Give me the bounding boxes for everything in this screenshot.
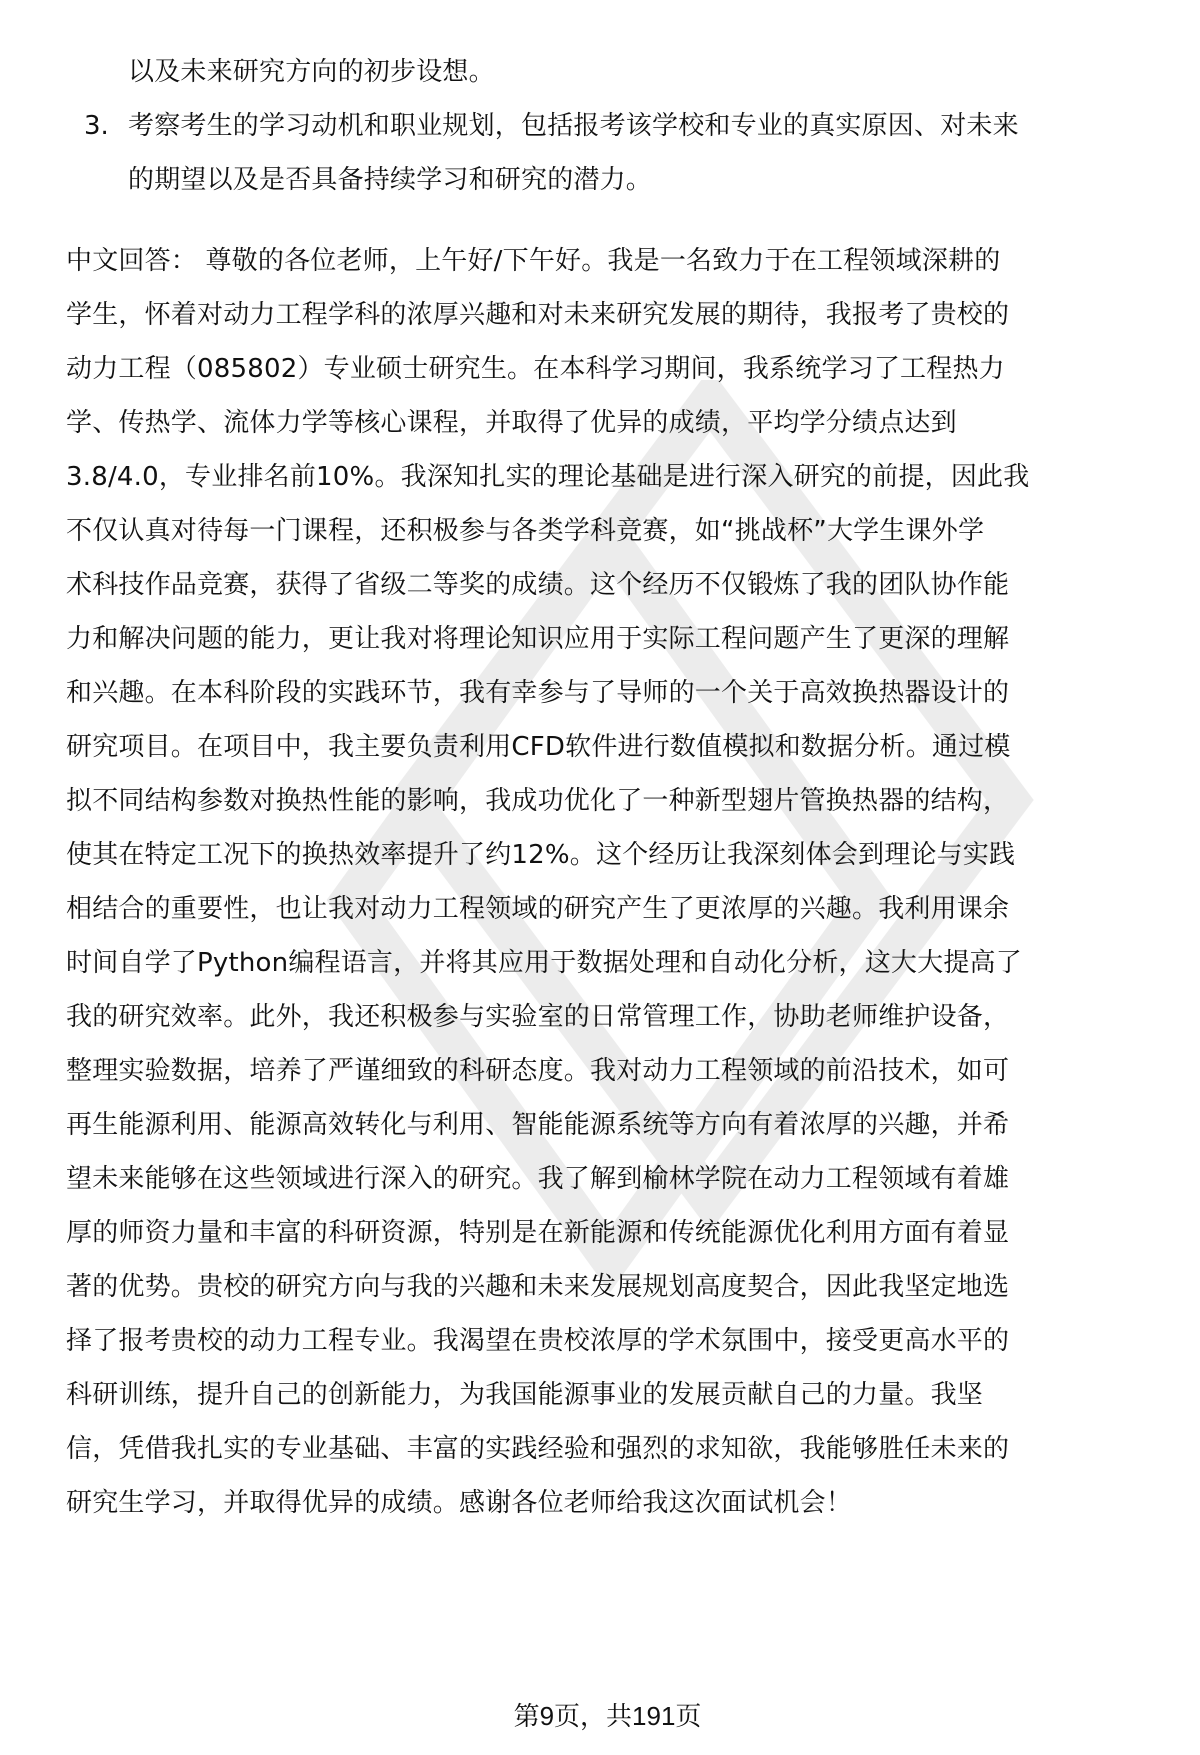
list-item-3-number: 3.: [84, 110, 109, 142]
answer-line: 学生，怀着对动力工程学科的浓厚兴趣和对未来研究发展的期待，我报考了贵校的: [66, 299, 1009, 331]
list-item-3-line: 考察考生的学习动机和职业规划，包括报考该学校和专业的真实原因、对未来: [128, 110, 1019, 142]
document-page: 以及未来研究方向的初步设想。 3. 考察考生的学习动机和职业规划，包括报考该学校…: [0, 0, 1200, 1755]
answer-line: 研究项目。在项目中，我主要负责利用CFD软件进行数值模拟和数据分析。通过模: [66, 731, 1011, 763]
answer-line: 动力工程（085802）专业硕士研究生。在本科学习期间，我系统学习了工程热力: [66, 353, 1005, 385]
answer-line: 不仅认真对待每一门课程，还积极参与各类学科竞赛，如“挑战杯”大学生课外学: [66, 515, 984, 547]
answer-line: 再生能源利用、能源高效转化与利用、智能能源系统等方向有着浓厚的兴趣，并希: [66, 1109, 1009, 1141]
answer-line: 相结合的重要性，也让我对动力工程领域的研究产生了更浓厚的兴趣。我利用课余: [66, 893, 1009, 925]
answer-line: 望未来能够在这些领域进行深入的研究。我了解到榆林学院在动力工程领域有着雄: [66, 1163, 1009, 1195]
answer-line: 信，凭借我扎实的专业基础、丰富的实践经验和强烈的求知欲，我能够胜任未来的: [66, 1433, 1009, 1465]
answer-line: 整理实验数据，培养了严谨细致的科研态度。我对动力工程领域的前沿技术，如可: [66, 1055, 1009, 1087]
answer-line: 研究生学习，并取得优异的成绩。感谢各位老师给我这次面试机会！: [66, 1487, 852, 1519]
answer-line: 和兴趣。在本科阶段的实践环节，我有幸参与了导师的一个关于高效换热器设计的: [66, 677, 1009, 709]
answer-line: 我的研究效率。此外，我还积极参与实验室的日常管理工作，协助老师维护设备，: [66, 1001, 1009, 1033]
answer-line: 择了报考贵校的动力工程专业。我渴望在贵校浓厚的学术氛围中，接受更高水平的: [66, 1325, 1009, 1357]
answer-line: 术科技作品竞赛，获得了省级二等奖的成绩。这个经历不仅锻炼了我的团队协作能: [66, 569, 1009, 601]
page-number-footer: 第9页，共191页: [0, 1700, 1200, 1732]
answer-line: 使其在特定工况下的换热效率提升了约12%。这个经历让我深刻体会到理论与实践: [66, 839, 1015, 871]
answer-line: 中文回答： 尊敬的各位老师，上午好/下午好。我是一名致力于在工程领域深耕的: [66, 245, 1000, 277]
answer-line: 著的优势。贵校的研究方向与我的兴趣和未来发展规划高度契合，因此我坚定地选: [66, 1271, 1009, 1303]
list-item-2-continuation: 以及未来研究方向的初步设想。: [128, 56, 495, 88]
answer-line: 力和解决问题的能力，更让我对将理论知识应用于实际工程问题产生了更深的理解: [66, 623, 1009, 655]
answer-line: 科研训练，提升自己的创新能力，为我国能源事业的发展贡献自己的力量。我坚: [66, 1379, 983, 1411]
answer-line: 拟不同结构参数对换热性能的影响，我成功优化了一种新型翅片管换热器的结构，: [66, 785, 1009, 817]
answer-line: 学、传热学、流体力学等核心课程，并取得了优异的成绩，平均学分绩点达到: [66, 407, 957, 439]
answer-line: 时间自学了Python编程语言，并将其应用于数据处理和自动化分析，这大大提高了: [66, 947, 1022, 979]
list-item-3-line: 的期望以及是否具备持续学习和研究的潜力。: [128, 164, 652, 196]
answer-line: 厚的师资力量和丰富的科研资源，特别是在新能源和传统能源优化利用方面有着显: [66, 1217, 1009, 1249]
answer-line: 3.8/4.0，专业排名前10%。我深知扎实的理论基础是进行深入研究的前提，因此…: [66, 461, 1029, 493]
